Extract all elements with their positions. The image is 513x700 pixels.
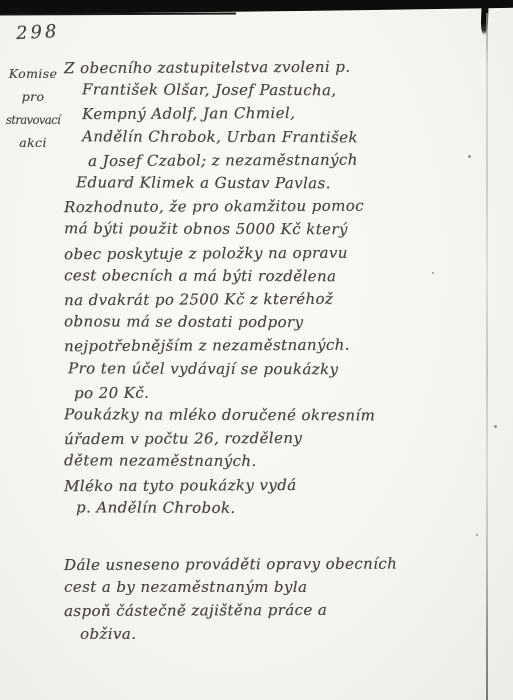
- paragraph-road-repairs: Dále usneseno prováděti opravy obecníchc…: [64, 553, 494, 646]
- handwritten-line: František Olšar, Josef Pastucha,: [64, 78, 494, 103]
- handwritten-line: nejpotřebnějším z nezaměstnaných.: [64, 333, 494, 358]
- handwritten-line: cest a by nezaměstnaným byla: [64, 576, 494, 599]
- margin-note-line: Komise: [2, 62, 64, 85]
- handwritten-line: Rozhodnuto, že pro okamžitou pomoc: [64, 194, 494, 219]
- margin-note: Komiseprostravovacíakci: [2, 62, 64, 154]
- handwritten-line: obživa.: [64, 623, 494, 646]
- handwritten-line: Andělín Chrobok, Urban František: [64, 125, 494, 150]
- handwritten-line: má býti použit obnos 5000 Kč který: [64, 218, 494, 243]
- handwritten-line: Pro ten účel vydávají se poukázky: [64, 357, 494, 382]
- handwritten-line: Eduard Klimek a Gustav Pavlas.: [64, 171, 494, 196]
- handwritten-line: aspoň částečně zajištěna práce a: [64, 599, 494, 624]
- handwritten-line: Dále usneseno prováděti opravy obecních: [64, 552, 494, 577]
- handwritten-line: na dvakrát po 2500 Kč z kteréhož: [64, 287, 494, 312]
- handwritten-line: cest obecních a má býti rozdělena: [64, 264, 494, 289]
- handwritten-line: Mléko na tyto poukázky vydá: [64, 473, 494, 498]
- handwritten-line: a Josef Czabol; z nezaměstnaných: [64, 148, 494, 173]
- scan-border-underline: [0, 12, 236, 15]
- margin-note-line: stravovací: [4, 108, 61, 131]
- paragraph-relief-commission: Z obecního zastupitelstva zvoleni p.Fran…: [64, 56, 494, 520]
- scanned-document-page: 298 Komiseprostravovacíakci Z obecního z…: [0, 0, 513, 700]
- handwritten-line: dětem nezaměstnaných.: [64, 450, 494, 475]
- handwritten-line: Poukázky na mléko doručené okresním: [64, 403, 494, 428]
- page-number: 298: [15, 21, 59, 44]
- document-body: Z obecního zastupitelstva zvoleni p.Fran…: [64, 56, 494, 646]
- margin-note-line: pro: [2, 85, 64, 108]
- scan-speck: [494, 425, 497, 428]
- handwritten-line: Z obecního zastupitelstva zvoleni p.: [64, 55, 494, 80]
- margin-note-line: akci: [2, 131, 64, 154]
- handwritten-line: Kempný Adolf, Jan Chmiel,: [64, 101, 494, 126]
- handwritten-line: p. Andělín Chrobok.: [64, 496, 494, 521]
- handwritten-line: obec poskytuje z položky na opravu: [64, 240, 494, 265]
- handwritten-line: úřadem v počtu 26, rozděleny: [64, 426, 494, 451]
- handwritten-line: po 20 Kč.: [64, 380, 494, 405]
- handwritten-line: obnosu má se dostati podpory: [64, 310, 494, 335]
